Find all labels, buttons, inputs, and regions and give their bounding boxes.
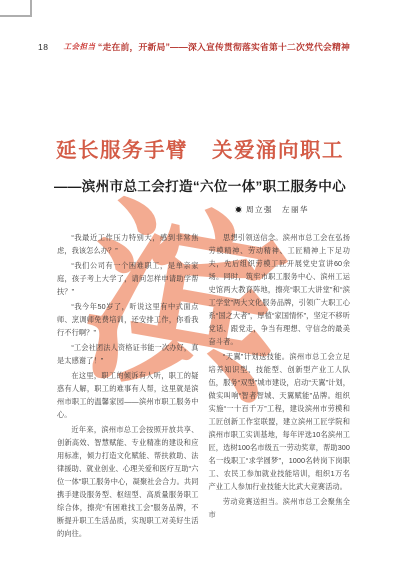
paragraph-quote-1: “我最近工作压力特别大，感到非常焦虑，我该怎么办？” [57, 231, 199, 257]
paragraph-intro: 在这里，职工的倾诉有人听，职工的疑惑有人解，职工的难事有人帮，这里就是滨州市职工… [57, 369, 199, 421]
author-bullet-icon [235, 206, 242, 213]
page-header: 18 工会担当 “走在前，开新局”——深入宣传贯彻落实省第十二次党代会精神 [38, 40, 350, 53]
title-part1: 延长服务手臂 [56, 139, 188, 162]
paragraph-skills-plan: “天翼”计划送技能。滨州市总工会立足培养知识型、技能型、创新型产业工人队伍，服务… [209, 350, 351, 493]
author-names: 周立强 左丽华 [246, 204, 309, 215]
byline: 周立强 左丽华 [235, 204, 309, 215]
paragraph-quote-3: “我今年50岁了，听说这里有中式面点师、烹调师免费培训，还安排工作，你看我行不行… [57, 300, 199, 339]
left-column: “我最近工作压力特别大，感到非常焦虑，我该怎么办？” “我们公司有一个困难职工，… [57, 231, 199, 542]
article-title-block: 延长服务手臂关爱涌向职工 ——滨州市总工会打造“六位一体”职工服务中心 [0, 133, 400, 195]
paragraph-ideology: 思想引领送信念。滨州市总工会在弘扬劳模精神、劳动精神、工匠精神上下足功夫，先后组… [209, 231, 351, 348]
article-subtitle: ——滨州市总工会打造“六位一体”职工服务中心 [0, 175, 400, 195]
title-part2: 关爱涌向职工 [212, 139, 344, 162]
masthead-logo: 工会担当 [63, 41, 95, 52]
paragraph-labor-competition: 劳动竞赛送担当。滨州市总工会聚焦全市 [209, 495, 351, 521]
right-column: 思想引领送信念。滨州市总工会在弘扬劳模精神、劳动精神、工匠精神上下足功夫，先后组… [209, 231, 351, 542]
magazine-page: 18 工会担当 “走在前，开新局”——深入宣传贯彻落实省第十二次党代会精神 滨 … [0, 0, 400, 571]
article-body: “我最近工作压力特别大，感到非常焦虑，我该怎么办？” “我们公司有一个困难职工，… [57, 231, 350, 542]
page-number: 18 [38, 42, 48, 52]
adjacent-page-frame [0, 0, 32, 17]
paragraph-quote-2: “我们公司有一个困难职工，是单亲家庭，孩子考上大学了，请问怎样申请助学帮扶？” [57, 259, 199, 298]
paragraph-quote-4: “工会社团法人资格证书能一次办好，真是太感谢了！” [57, 341, 199, 367]
article-title: 延长服务手臂关爱涌向职工 [0, 133, 400, 163]
section-header: “走在前，开新局”——深入宣传贯彻落实省第十二次党代会精神 [98, 40, 350, 53]
paragraph-overview: 近年来，滨州市总工会按照开放共享、创新高效、智慧赋能、专业精准的建设和应用标准，… [57, 423, 199, 540]
